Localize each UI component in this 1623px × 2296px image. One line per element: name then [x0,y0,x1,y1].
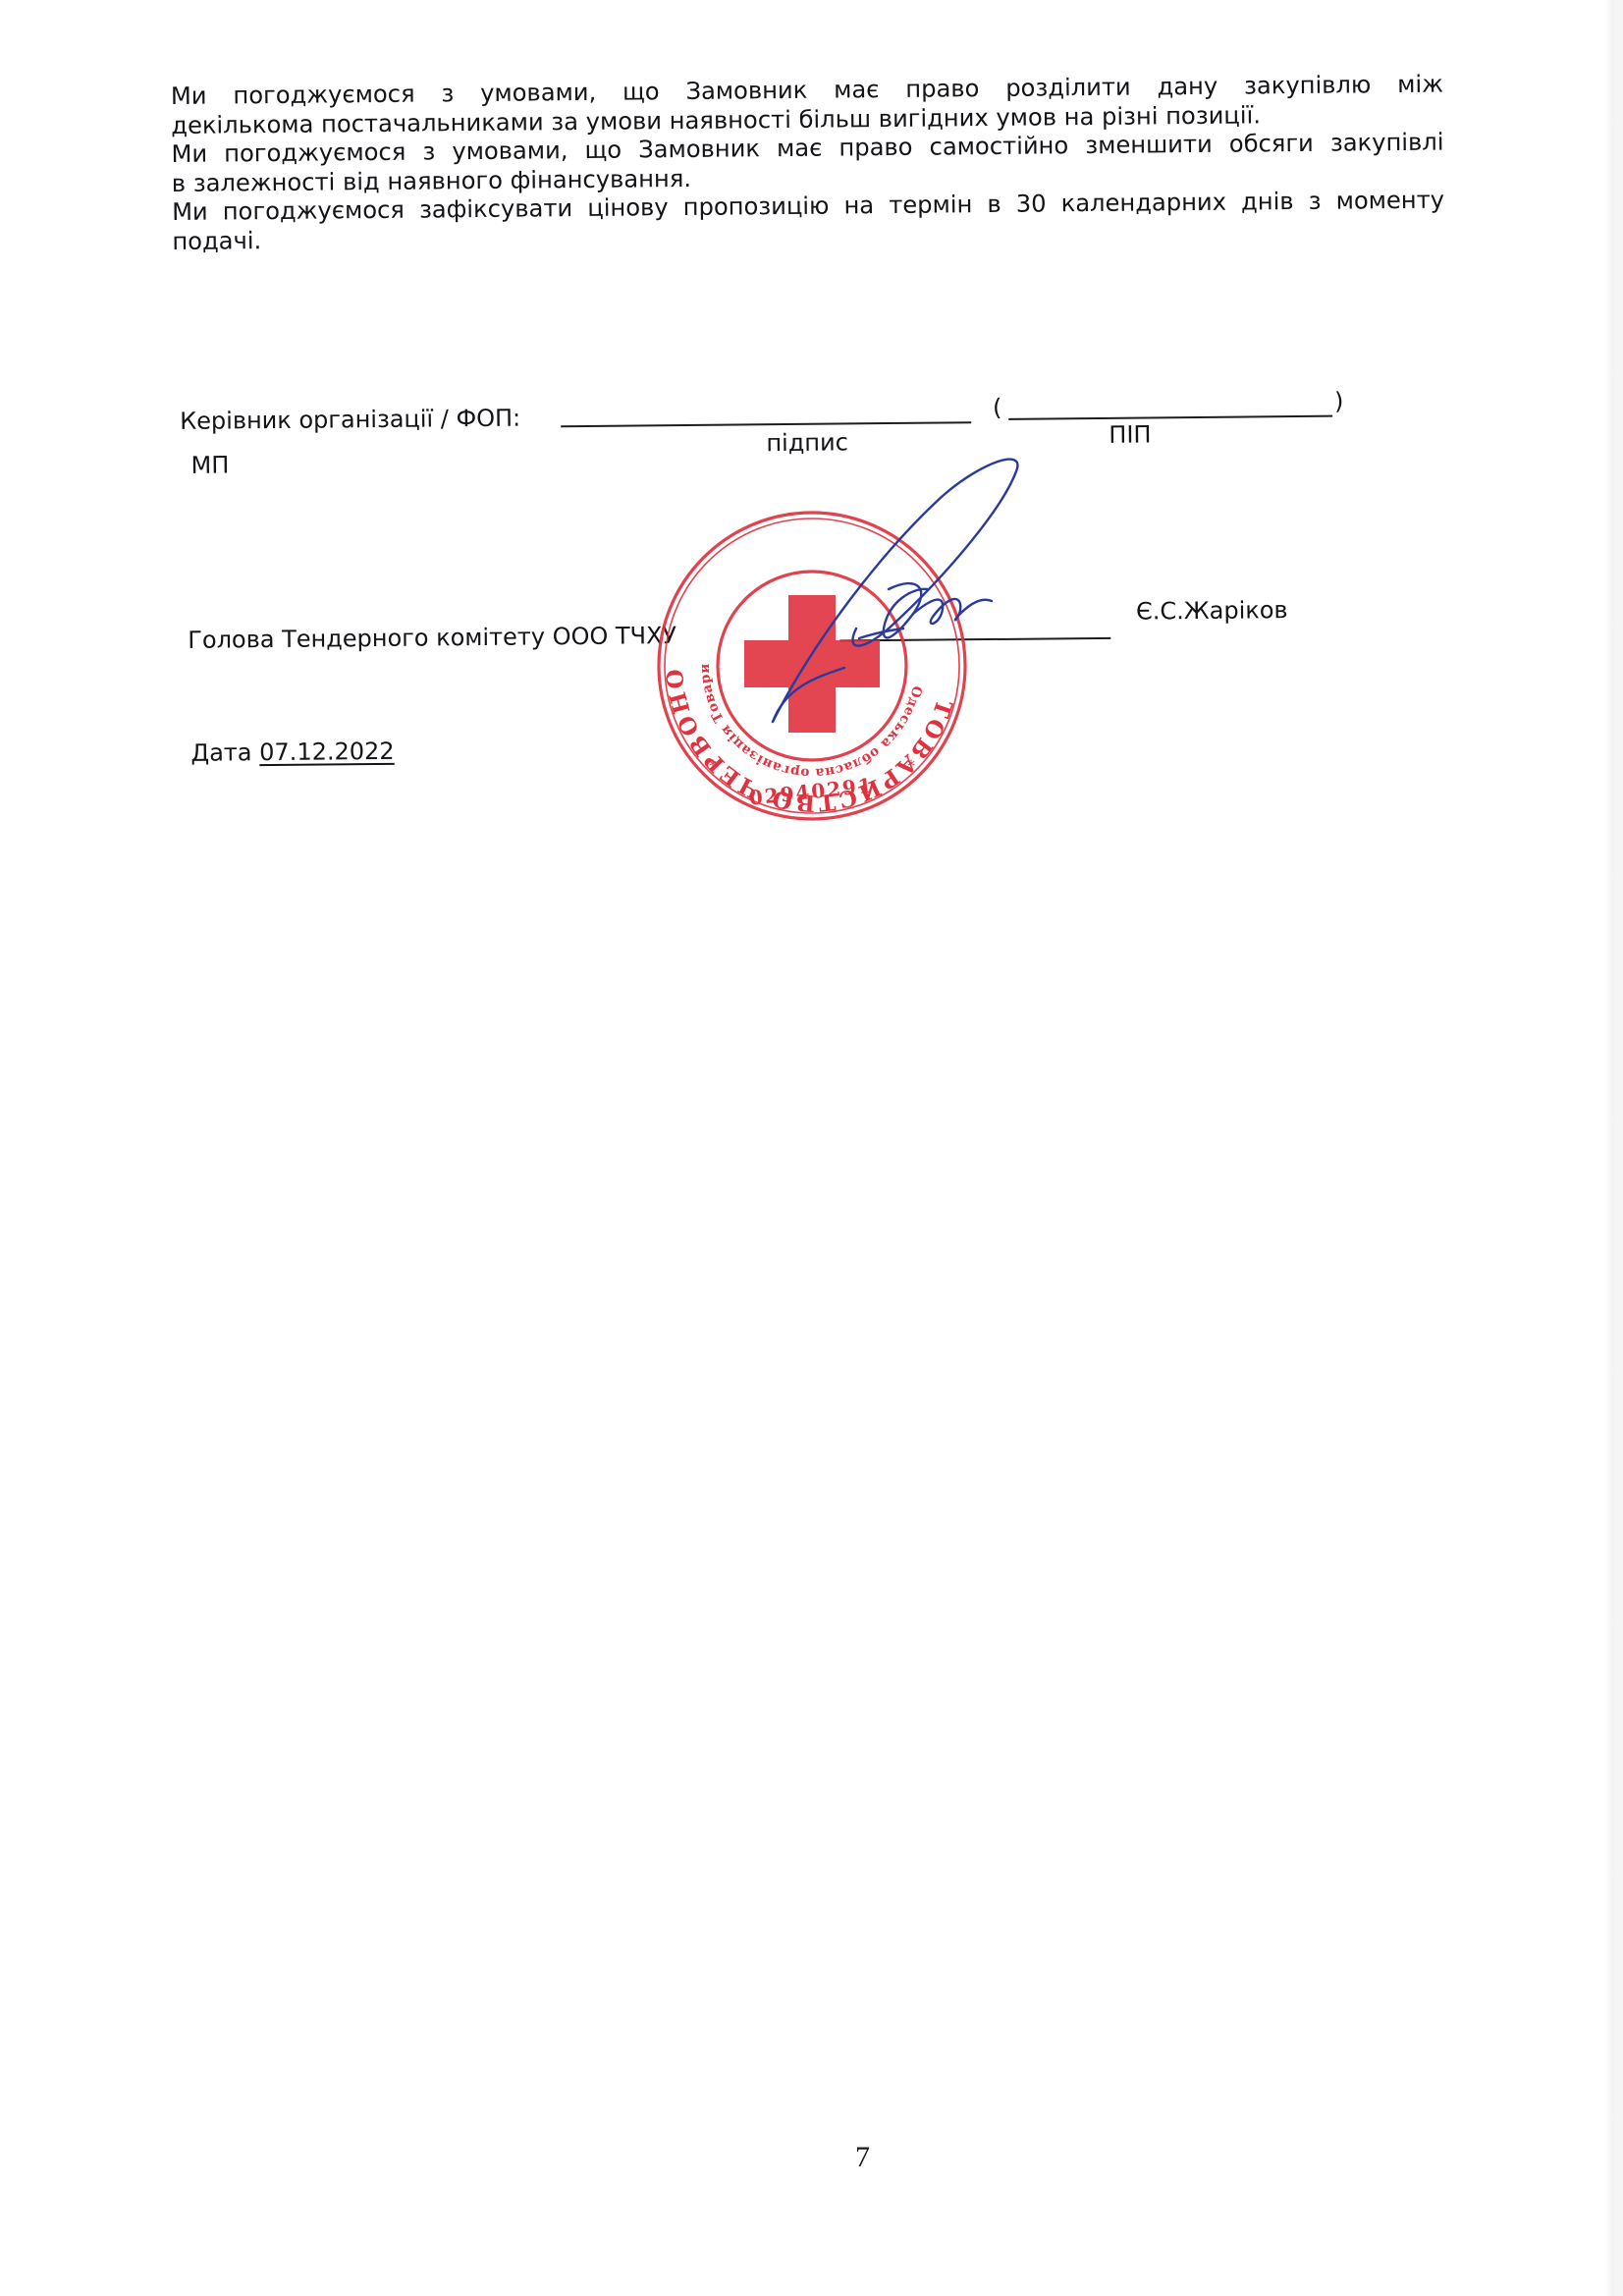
open-paren: ( [993,396,1002,419]
terms-paragraphs: Ми погоджуємося з умовами, що Замовник м… [171,71,1445,257]
committee-signer-name: Є.С.Жаріков [1136,598,1288,623]
close-paren: ) [1334,390,1344,413]
page-number: 7 [855,2141,870,2174]
date-row: Дата 07.12.2022 [190,739,394,765]
full-name-caption: ПІП [1109,422,1151,446]
date-label: Дата [190,738,251,767]
red-cross-icon [744,595,880,733]
signature-line [561,421,971,427]
head-of-organization-label: Керівник організації / ФОП: [180,407,520,433]
red-cross-stamp: ТОВАРИСТВО ЧЕРВОНОГО ХРЕСТА УКРАЇНИ Одес… [650,504,974,828]
signature-caption: підпис [766,430,848,455]
full-name-line [1008,415,1332,420]
page-content: Ми погоджуємося з умовами, що Замовник м… [0,0,1623,2296]
stamp-star-icon: * [709,756,717,775]
document-page: Ми погоджуємося з умовами, що Замовник м… [0,0,1623,2296]
seal-label: МП [190,453,229,476]
committee-head-label: Голова Тендерного комітету ООО ТЧХУ [188,624,676,652]
stamp-star-icon: * [907,756,915,775]
date-value: 07.12.2022 [259,738,395,766]
